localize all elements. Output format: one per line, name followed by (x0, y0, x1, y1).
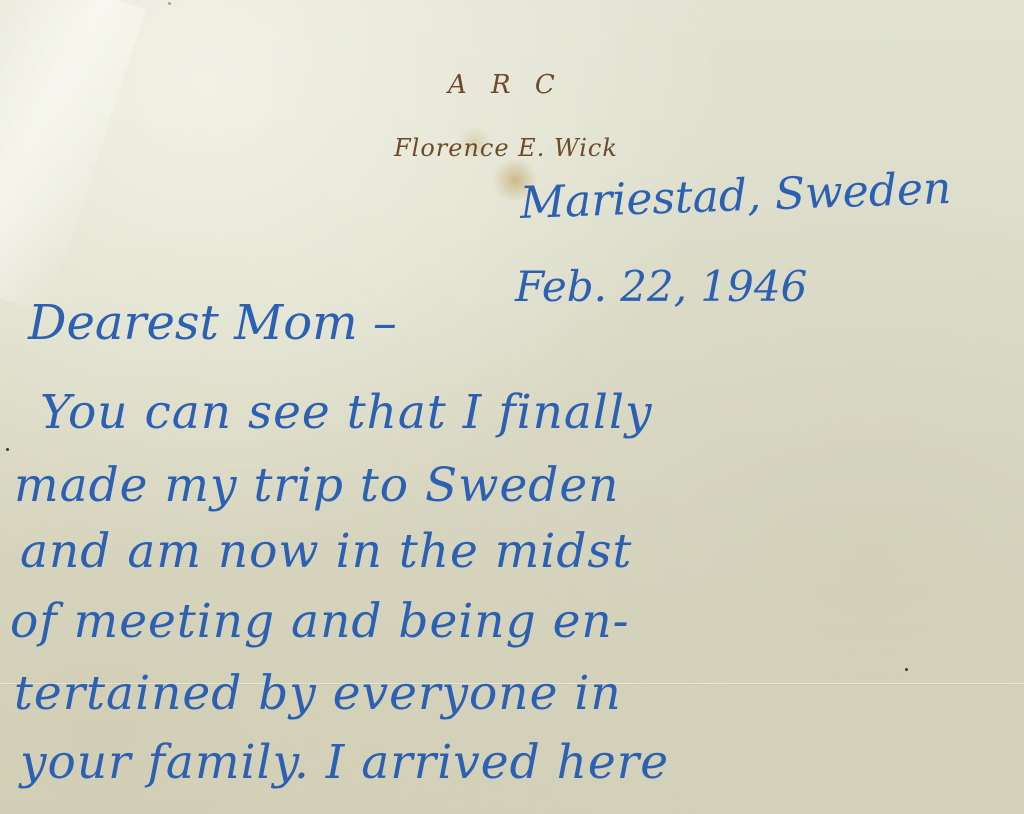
body-line: your family. I arrived here (20, 735, 669, 790)
letter-paper: A R C Florence E. Wick Mariestad, Sweden… (0, 0, 1024, 814)
body-line: and am now in the midst (20, 524, 632, 579)
letterhead-organization: A R C (448, 70, 556, 100)
body-line: of meeting and being en- (10, 594, 630, 649)
body-line: tertained by everyone in (14, 666, 622, 721)
paper-speck (905, 668, 908, 671)
letter-place: Mariestad, Sweden (519, 163, 952, 229)
salutation: Dearest Mom – (28, 295, 397, 351)
paper-speck (168, 2, 171, 5)
body-line: You can see that I finally (40, 385, 653, 440)
paper-crease (0, 0, 146, 314)
body-line: made my trip to Sweden (14, 458, 619, 513)
letter-date: Feb. 22, 1946 (515, 262, 807, 311)
letterhead-name: Florence E. Wick (394, 134, 618, 162)
paper-speck (6, 448, 9, 451)
